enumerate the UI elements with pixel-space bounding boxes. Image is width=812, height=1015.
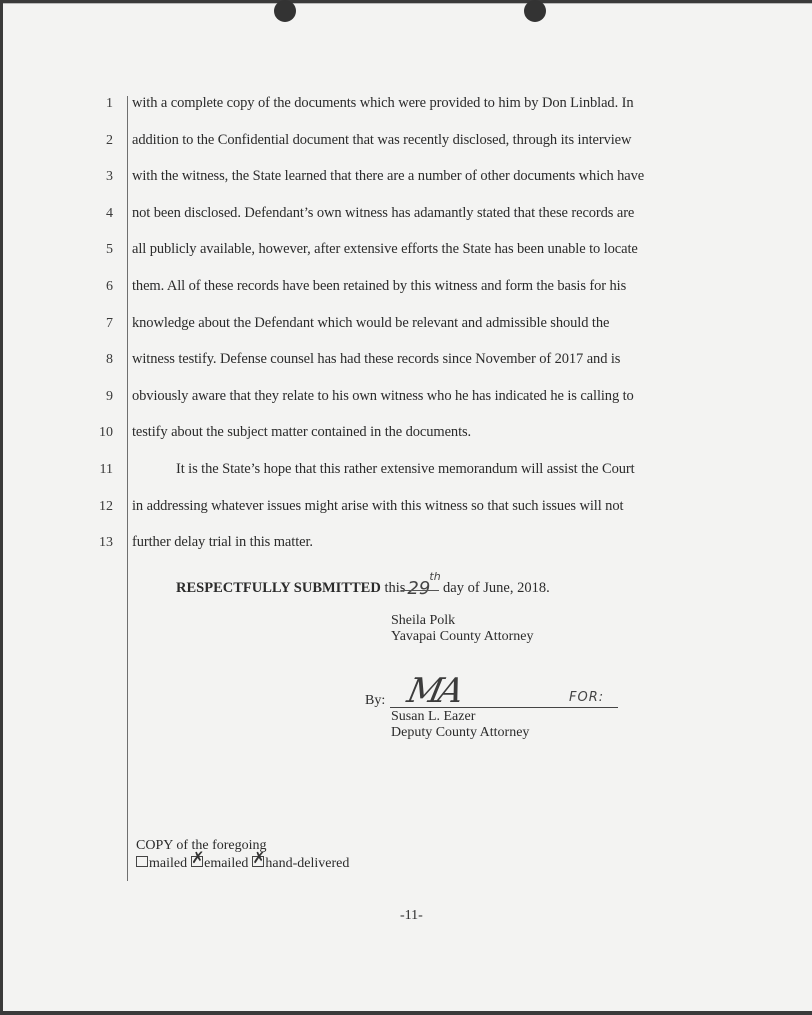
handwritten-signature: MA	[404, 671, 464, 711]
checkbox-icon	[191, 856, 203, 867]
body-text-line: knowledge about the Defendant which woul…	[132, 315, 609, 332]
line-number: 11	[89, 462, 113, 478]
checkbox-icon	[136, 856, 148, 867]
line-number: 9	[89, 389, 113, 405]
line-number: 4	[89, 206, 113, 222]
body-text-line: witness testify. Defense counsel has had…	[132, 351, 620, 368]
body-text-line: all publicly available, however, after e…	[132, 241, 638, 258]
line-number: 7	[89, 316, 113, 332]
line-number: 13	[89, 535, 113, 551]
delivery-option-emailed: emailed	[191, 856, 248, 871]
binder-hole-right	[524, 0, 546, 22]
body-text-line: It is the State’s hope that this rather …	[176, 461, 635, 478]
submitted-this: this	[384, 580, 405, 596]
line-number: 10	[89, 425, 113, 441]
attorney-block: Sheila Polk Yavapai County Attorney	[391, 613, 533, 645]
delivery-option-label: hand-delivered	[265, 856, 349, 871]
line-number: 3	[89, 169, 113, 185]
body-text-line: with the witness, the State learned that…	[132, 168, 644, 185]
signer-name: Susan L. Eazer	[391, 709, 529, 725]
line-number: 12	[89, 499, 113, 515]
delivery-options: mailedemailedhand-delivered	[136, 855, 353, 873]
body-text-line: them. All of these records have been ret…	[132, 278, 626, 295]
body-text-line: further delay trial in this matter.	[132, 534, 313, 551]
body-text-line: not been disclosed. Defendant’s own witn…	[132, 205, 634, 222]
delivery-option-label: emailed	[204, 856, 248, 871]
margin-line	[127, 96, 128, 881]
line-number: 5	[89, 242, 113, 258]
copy-section: COPY of the foregoing mailedemailedhand-…	[136, 837, 353, 873]
binder-hole-left	[274, 0, 296, 22]
body-text-line: obviously aware that they relate to his …	[132, 388, 634, 405]
signature-for-note: FOR:	[569, 690, 604, 705]
body-text-line: addition to the Confidential document th…	[132, 132, 631, 149]
page-number: -11-	[400, 908, 423, 924]
by-label: By:	[365, 693, 385, 709]
line-number: 2	[89, 133, 113, 149]
body-text-line: testify about the subject matter contain…	[132, 424, 471, 441]
body-text-line: in addressing whatever issues might aris…	[132, 498, 623, 515]
attorney-name: Sheila Polk	[391, 613, 533, 629]
checkbox-icon	[252, 856, 264, 867]
submitted-statement: RESPECTFULLY SUBMITTED this29th day of J…	[176, 580, 550, 597]
delivery-option-mailed: mailed	[136, 856, 187, 871]
line-number: 6	[89, 279, 113, 295]
line-number: 8	[89, 352, 113, 368]
body-text-line: with a complete copy of the documents wh…	[132, 95, 634, 112]
delivery-option-hand-delivered: hand-delivered	[252, 856, 349, 871]
document-page: 1with a complete copy of the documents w…	[3, 3, 812, 1011]
copy-heading: COPY of the foregoing	[136, 837, 353, 855]
submitted-date: day of June, 2018.	[443, 580, 550, 596]
attorney-title: Yavapai County Attorney	[391, 629, 533, 645]
line-number: 1	[89, 96, 113, 112]
signer-block: Susan L. Eazer Deputy County Attorney	[391, 709, 529, 741]
signer-title: Deputy County Attorney	[391, 725, 529, 741]
signature-line	[390, 707, 618, 708]
delivery-option-label: mailed	[149, 856, 187, 871]
submitted-label: RESPECTFULLY SUBMITTED	[176, 580, 381, 596]
